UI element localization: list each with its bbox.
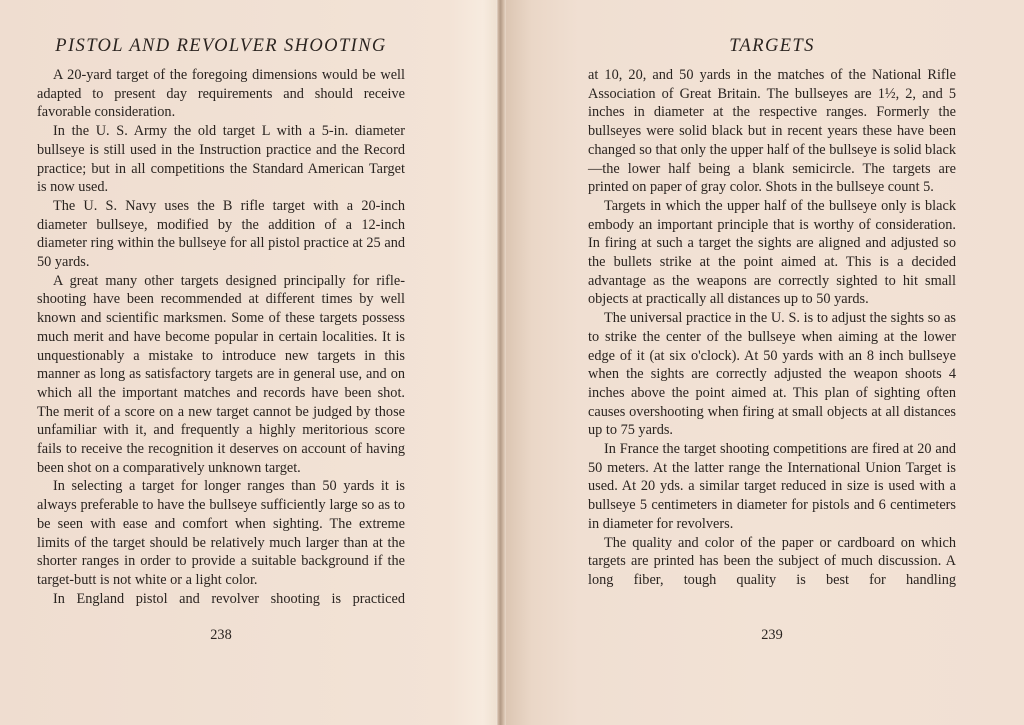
book-spread: PISTOL AND REVOLVER SHOOTING A 20-yard t… <box>0 0 1024 725</box>
body-text: A 20-yard target of the foregoing dimens… <box>37 66 405 608</box>
running-head: TARGETS <box>588 36 956 57</box>
book-gutter <box>496 0 506 725</box>
paragraph: Targets in which the upper half of the b… <box>588 197 956 309</box>
body-text: at 10, 20, and 50 yards in the matches o… <box>588 66 956 590</box>
left-page: PISTOL AND REVOLVER SHOOTING A 20-yard t… <box>0 0 498 725</box>
paragraph: A 20-yard target of the foregoing dimens… <box>37 66 405 122</box>
paragraph: The U. S. Navy uses the B rifle target w… <box>37 197 405 272</box>
paragraph: In selecting a target for longer ranges … <box>37 477 405 589</box>
paragraph: In France the target shooting competitio… <box>588 440 956 534</box>
paragraph: The universal practice in the U. S. is t… <box>588 309 956 440</box>
running-head: PISTOL AND REVOLVER SHOOTING <box>37 36 405 57</box>
page-number: 238 <box>37 627 405 644</box>
paragraph: In the U. S. Army the old target L with … <box>37 122 405 197</box>
paragraph: at 10, 20, and 50 yards in the matches o… <box>588 66 956 197</box>
page-number: 239 <box>588 627 956 644</box>
paragraph: A great many other targets designed prin… <box>37 272 405 478</box>
right-page: TARGETS at 10, 20, and 50 yards in the m… <box>506 0 1024 725</box>
paragraph: The quality and color of the paper or ca… <box>588 534 956 590</box>
paragraph: In England pistol and revolver shooting … <box>37 590 405 609</box>
